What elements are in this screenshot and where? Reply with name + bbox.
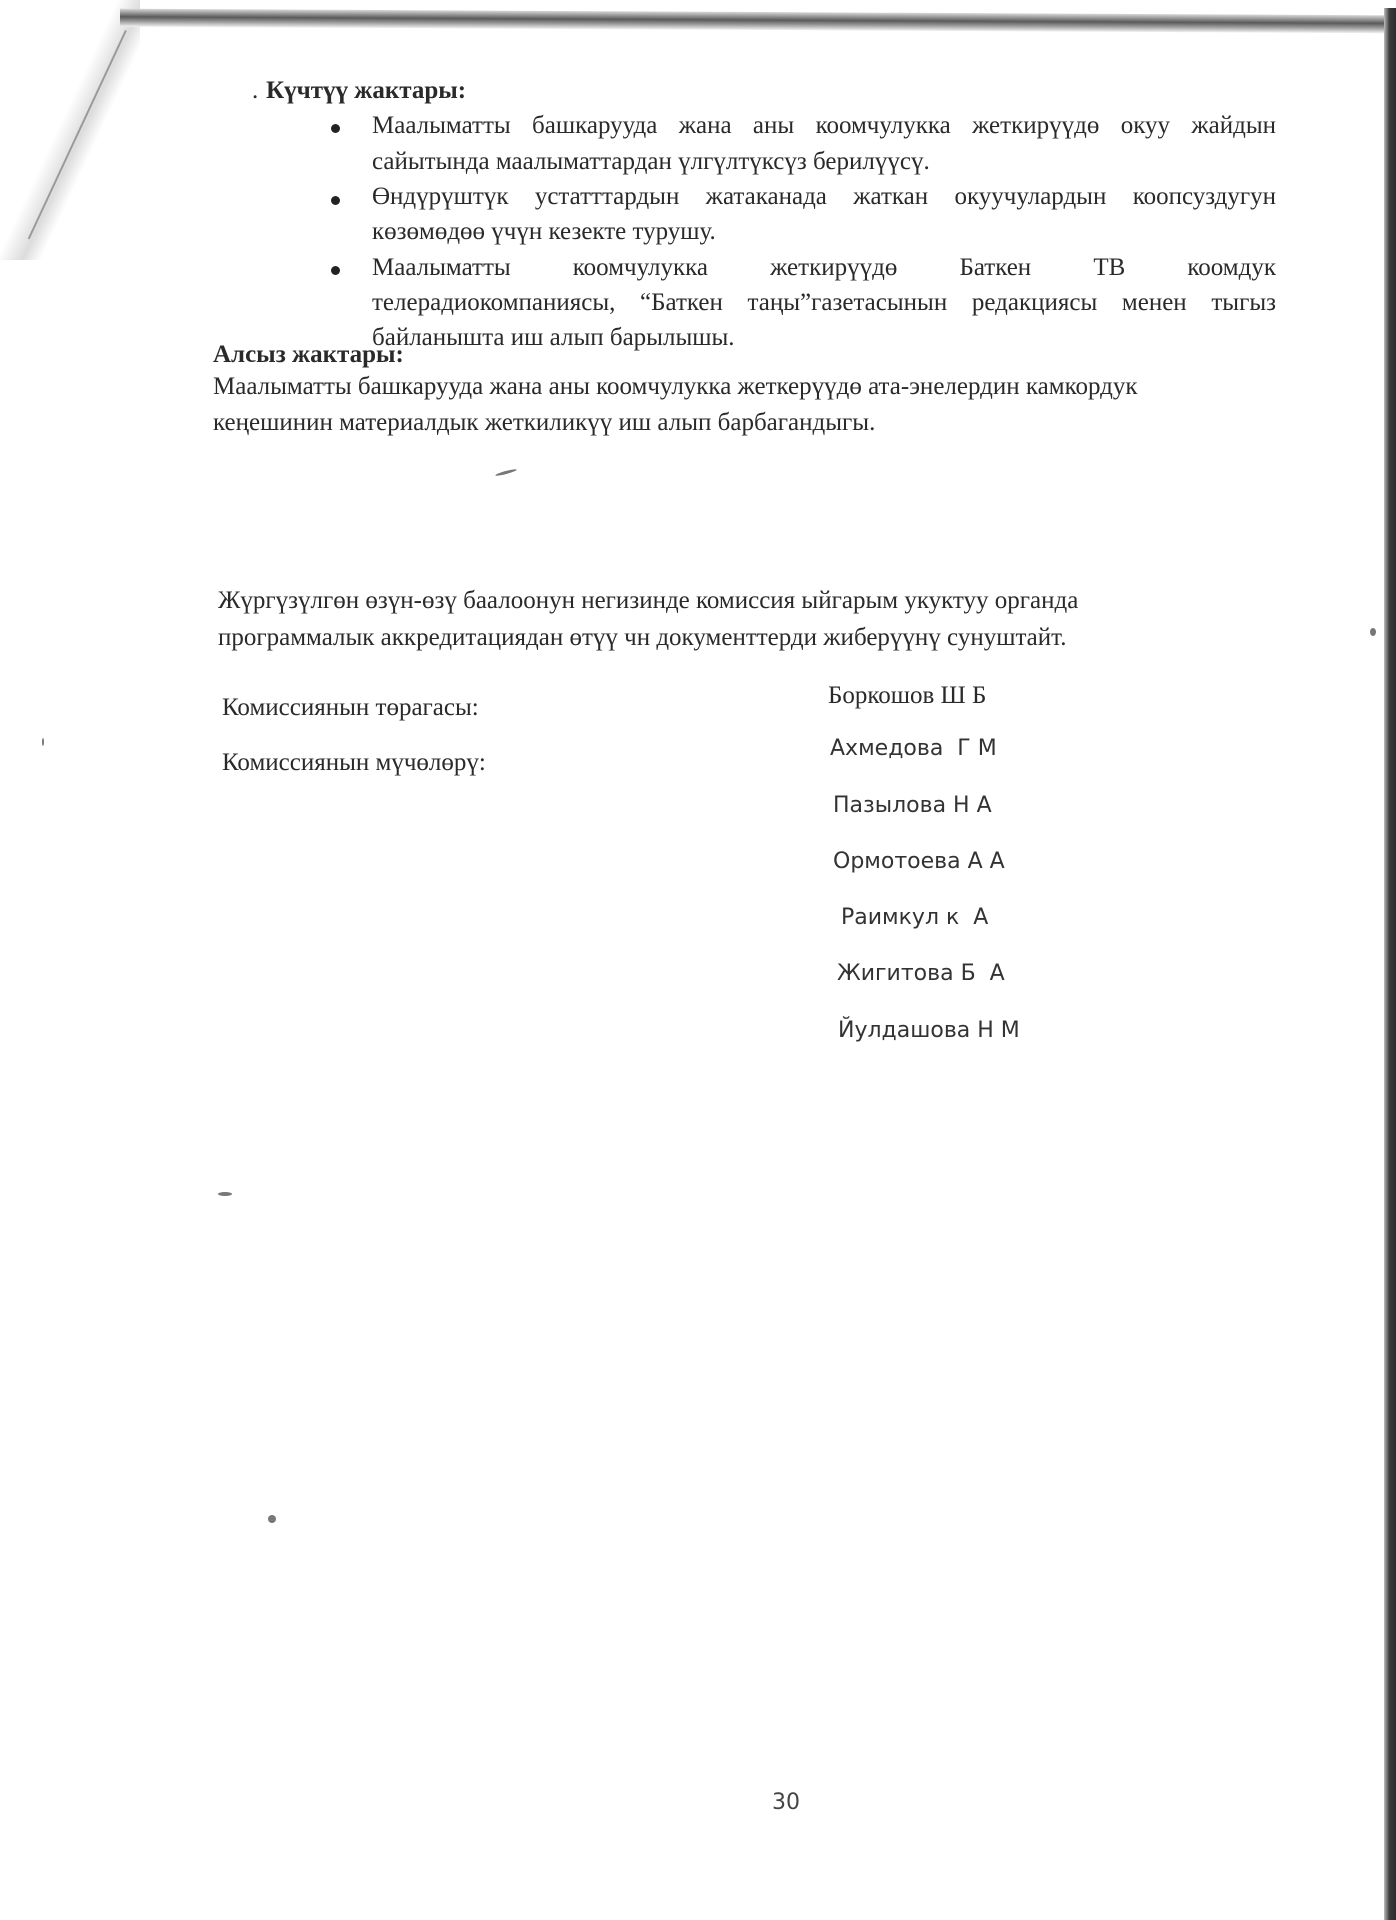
bullet-icon	[331, 196, 340, 205]
scan-speck	[218, 1192, 232, 1196]
scan-top-edge	[120, 9, 1396, 34]
stray-dot: .	[252, 78, 258, 103]
bullet-icon	[331, 266, 340, 275]
scan-speck	[495, 468, 517, 477]
weaknesses-line: кеңешинин материалдык жеткиликүү иш алып…	[213, 410, 875, 435]
list-item-line: телерадиокомпаниясы, “Баткен таңы”газета…	[372, 290, 1276, 315]
conclusion-line: Жүргүзүлгөн өзүн-өзү баалоонун негизинде…	[218, 588, 1078, 613]
bullet-icon	[331, 124, 340, 133]
member-name: Жигитова Б А	[837, 963, 1005, 985]
list-item-line: көзөмөдөө үчүн кезекте турушу.	[372, 219, 716, 244]
weaknesses-heading: Алсыз жактары:	[213, 342, 404, 367]
page-number: 30	[772, 1792, 800, 1814]
member-name: Раимкул к А	[834, 907, 988, 929]
member-name: Йулдашова Н М	[838, 1020, 1020, 1042]
scan-speck	[42, 738, 44, 746]
member-name: Ахмедова Г М	[830, 738, 997, 760]
list-item-line: Өндүрүштүк устатттардын жатаканада жатка…	[372, 184, 1276, 209]
list-item-line: байланышта иш алып барылышы.	[372, 325, 735, 350]
scan-fold-shadow	[0, 0, 140, 260]
weaknesses-line: Маалыматты башкарууда жана аны коомчулук…	[213, 374, 1137, 399]
strengths-heading: Күчтүү жактары:	[266, 78, 466, 103]
member-name: Пазылова Н А	[833, 795, 992, 817]
scan-speck	[268, 1515, 276, 1523]
chair-name: Боркошов Ш Б	[828, 683, 986, 708]
scan-right-edge	[1384, 8, 1396, 1920]
members-label: Комиссиянын мүчөлөрү:	[222, 750, 486, 775]
list-item-line: Маалыматты башкарууда жана аны коомчулук…	[372, 113, 1276, 138]
list-item-line: Маалыматты коомчулукка жеткирүүдө Баткен…	[372, 255, 1276, 280]
conclusion-line: программалык аккредитациядан өтүү чн док…	[218, 625, 1066, 650]
scan-speck	[1370, 628, 1376, 636]
list-item-line: сайытында маалыматтардан үлгүлтүксүз бер…	[372, 149, 930, 174]
chair-label: Комиссиянын төрагасы:	[222, 695, 479, 720]
member-name: Ормотоева А А	[833, 851, 1005, 873]
